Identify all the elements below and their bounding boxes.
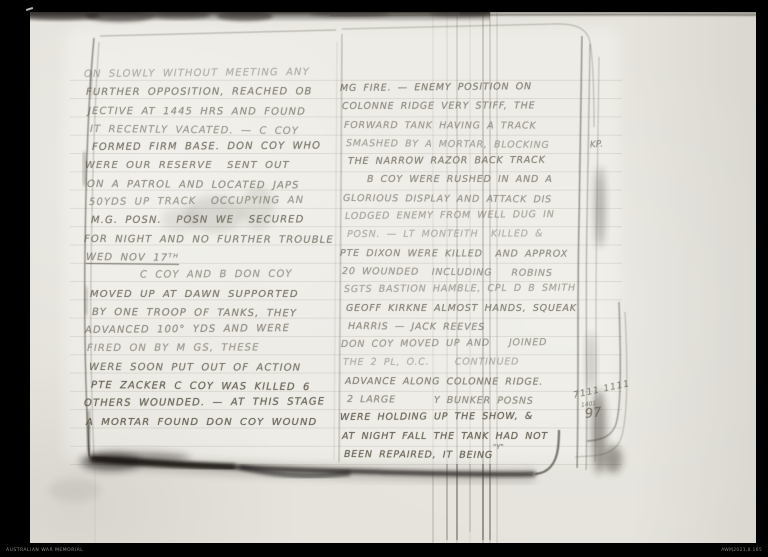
handwritten-line-right: B COY WERE RUSHED IN AND A bbox=[341, 171, 617, 189]
handwritten-line-left: WERE OUR RESERVE SENT OUT bbox=[85, 157, 355, 175]
handwritten-line-right: DON COY MOVED UP AND JOINED bbox=[341, 334, 617, 355]
border-speck bbox=[26, 7, 33, 11]
handwritten-line-right: POSN. — LT MONTEITH KILLED & bbox=[347, 226, 623, 245]
margin-note-kp: KP. bbox=[590, 140, 604, 151]
handwritten-line-left: 50YDS UP TRACK OCCUPYING AN bbox=[89, 192, 359, 213]
handwritten-line-right: SGTS BASTION HAMBLE, CPL D B SMITH bbox=[344, 280, 620, 300]
handwritten-line-left: FORMED FIRM BASE. DON COY WHO bbox=[92, 137, 362, 157]
handwritten-line-right: WERE HOLDING UP THE SHOW, & bbox=[340, 408, 616, 428]
handwritten-line-right: BEEN REPAIRED, IT BEING bbox=[344, 446, 620, 466]
handwritten-line-left: FURTHER OPPOSITION, REACHED OB bbox=[86, 83, 356, 102]
handwritten-line-left: FIRED ON BY M GS, THESE bbox=[87, 340, 357, 359]
handwritten-line-left: C COY AND B DON COY bbox=[88, 266, 358, 286]
margin-note-number: 97 bbox=[584, 405, 602, 422]
handwritten-line-right: GEOFF KIRKNE ALMOST HANDS, SQUEAK bbox=[346, 300, 622, 318]
archive-watermark: AUSTRALIAN WAR MEMORIAL bbox=[6, 548, 83, 553]
photocopy-sheet: ON SLOWLY WITHOUT MEETING ANYFURTHER OPP… bbox=[30, 12, 756, 543]
handwritten-line-left: WERE SOON PUT OUT OF ACTION bbox=[89, 359, 359, 378]
handwritten-line-right: THE NARROW RAZOR BACK TRACK bbox=[348, 151, 624, 171]
handwritten-line-left: JECTIVE AT 1445 HRS AND FOUND bbox=[88, 103, 358, 122]
handwritten-line-left: A MORTAR FOUND DON COY WOUND bbox=[86, 414, 356, 432]
quote-mark: "Y" bbox=[493, 443, 504, 451]
handwritten-line-right: AT NIGHT FALL THE TANK HAD NOT bbox=[342, 428, 618, 446]
handwritten-line-right: COLONNE RIDGE VERY STIFF, THE bbox=[342, 97, 618, 116]
handwritten-line-left: FOR NIGHT AND NO FURTHER TROUBLE bbox=[84, 231, 354, 250]
catalog-number: AWM2021.8.165 bbox=[721, 548, 762, 553]
handwritten-line-left: MOVED UP AT DAWN SUPPORTED bbox=[90, 286, 360, 304]
left-page-text: ON SLOWLY WITHOUT MEETING ANYFURTHER OPP… bbox=[88, 66, 358, 432]
handwritten-line-right: PTE DIXON WERE KILLED AND APPROX bbox=[340, 245, 616, 264]
handwritten-line-left: ADVANCED 100° YDS AND WERE bbox=[85, 320, 355, 341]
right-page-text: MG FIRE. — ENEMY POSITION ONCOLONNE RIDG… bbox=[344, 80, 620, 464]
handwritten-line-right: LODGED ENEMY FROM WELL DUG IN bbox=[345, 205, 621, 226]
handwritten-line-right: FORWARD TANK HAVING A TRACK bbox=[344, 117, 620, 136]
handwritten-line-left: OTHERS WOUNDED. — AT THIS STAGE bbox=[84, 394, 354, 414]
handwritten-line-right: THE 2 PL, O.C. CONTINUED bbox=[343, 354, 619, 373]
handwritten-line-left: M.G. POSN. POSN WE SECURED bbox=[91, 212, 361, 231]
handwritten-line-right: MG FIRE. — ENEMY POSITION ON bbox=[340, 77, 616, 98]
handwritten-line-left: ON SLOWLY WITHOUT MEETING ANY bbox=[84, 63, 354, 84]
scan-viewport: ON SLOWLY WITHOUT MEETING ANYFURTHER OPP… bbox=[0, 0, 768, 557]
